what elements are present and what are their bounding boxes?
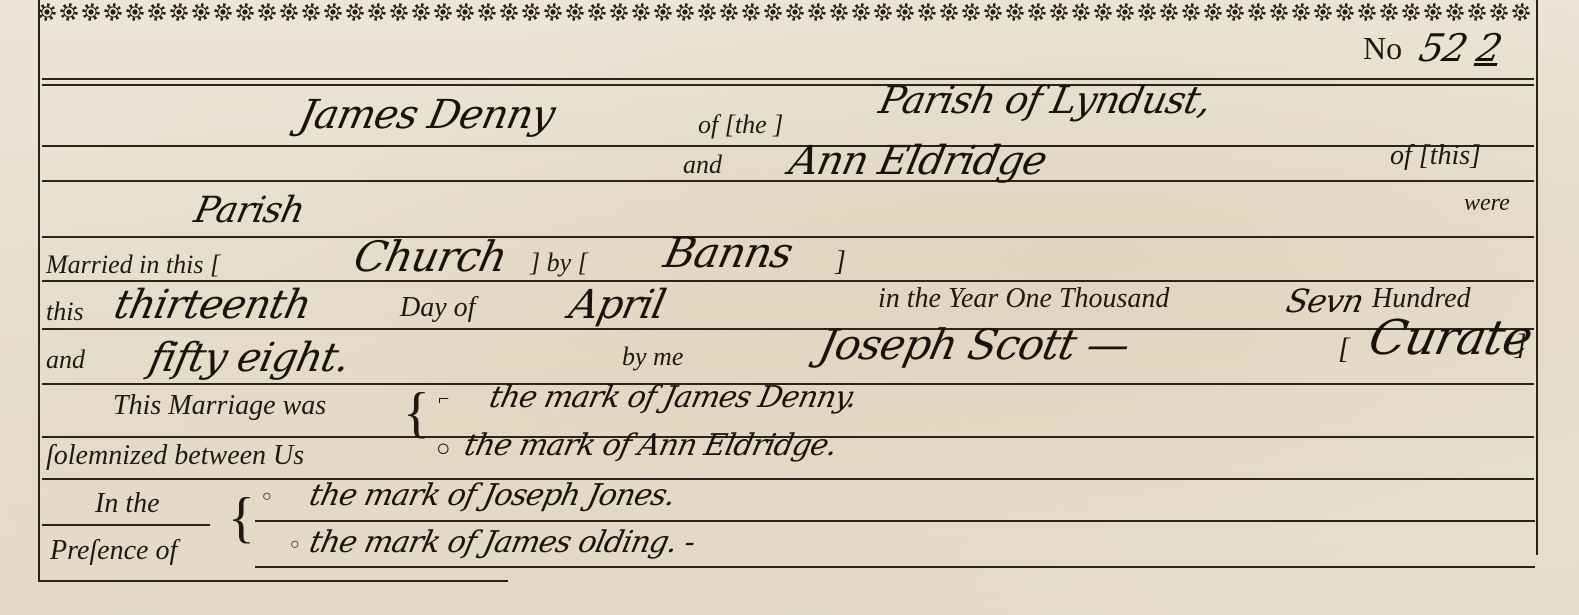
by-me-label: by me — [622, 342, 683, 372]
groom-name: James Denny — [295, 92, 558, 138]
frame-bottom-border — [38, 580, 508, 582]
rosette-ornament-icon — [346, 3, 364, 21]
party2-mark-icon: ○ — [436, 436, 451, 463]
brace-icon: { — [403, 385, 430, 441]
ornamental-border — [36, 0, 1536, 26]
bride-of-label: of [this] — [1390, 140, 1481, 172]
rosette-ornament-icon — [720, 3, 738, 21]
party1-signature: the mark of James Denny. — [486, 380, 859, 415]
year-remainder: fifty eight. — [145, 335, 353, 381]
ruled-line — [42, 478, 1534, 480]
number-label: No — [1363, 30, 1402, 66]
rosette-ornament-icon — [412, 3, 430, 21]
ceremony-place: Church — [350, 232, 511, 281]
ruled-line — [255, 520, 1535, 522]
ruled-line — [255, 566, 1535, 568]
frame-right-border — [1536, 0, 1538, 555]
ceremony-month: April — [565, 282, 669, 328]
rosette-ornament-icon — [1072, 3, 1090, 21]
day-of-label: Day of — [400, 292, 475, 324]
rosette-ornament-icon — [522, 3, 540, 21]
ruled-line — [42, 78, 1534, 80]
and-label: and — [46, 345, 85, 375]
rosette-ornament-icon — [632, 3, 650, 21]
rosette-ornament-icon — [1446, 3, 1464, 21]
rosette-ornament-icon — [324, 3, 342, 21]
bride-name: Ann Eldridge — [785, 138, 1050, 184]
party2-signature: the mark of Ann Eldridge. — [461, 428, 839, 463]
rosette-ornament-icon — [918, 3, 936, 21]
bride-bracket-fill: this — [1430, 140, 1470, 171]
rosette-ornament-icon — [764, 3, 782, 21]
bride-and-label: and — [683, 150, 722, 180]
solemnized-label-2: ſolemnized between Us — [46, 440, 304, 472]
rosette-ornament-icon — [1160, 3, 1178, 21]
married-label: Married in this [ — [46, 250, 220, 280]
frame-left-border — [38, 0, 40, 582]
rosette-ornament-icon — [786, 3, 804, 21]
rosette-ornament-icon — [1204, 3, 1222, 21]
rosette-ornament-icon — [1094, 3, 1112, 21]
groom-residence: Parish of Lyndust, — [875, 78, 1214, 122]
rosette-ornament-icon — [610, 3, 628, 21]
rosette-ornament-icon — [1336, 3, 1354, 21]
rosette-ornament-icon — [742, 3, 760, 21]
rosette-ornament-icon — [1358, 3, 1376, 21]
rosette-ornament-icon — [1402, 3, 1420, 21]
groom-of-label: of [the ] — [698, 110, 783, 140]
rosette-ornament-icon — [896, 3, 914, 21]
ceremony-method: Banns — [660, 228, 797, 277]
solemnized-label-1: This Marriage was — [113, 390, 326, 422]
rosette-ornament-icon — [280, 3, 298, 21]
rosette-ornament-icon — [192, 3, 210, 21]
of-label: of [ — [1390, 140, 1430, 171]
rosette-ornament-icon — [1292, 3, 1310, 21]
rosette-ornament-icon — [984, 3, 1002, 21]
rosette-ornament-icon — [654, 3, 672, 21]
rosette-ornament-icon — [214, 3, 232, 21]
rosette-ornament-icon — [1028, 3, 1046, 21]
brace-icon: { — [228, 490, 255, 546]
rosette-ornament-icon — [808, 3, 826, 21]
by-label: ] by [ — [530, 248, 588, 278]
rosette-ornament-icon — [368, 3, 386, 21]
party1-mark-icon: ⌐ — [438, 388, 449, 411]
rosette-ornament-icon — [1512, 3, 1530, 21]
rosette-ornament-icon — [38, 3, 56, 21]
rosette-ornament-icon — [390, 3, 408, 21]
witness1-mark-icon: ○ — [262, 488, 272, 506]
rosette-ornament-icon — [962, 3, 980, 21]
witnesses-label-2: Preſence of — [50, 535, 177, 567]
rosette-ornament-icon — [940, 3, 958, 21]
rosette-ornament-icon — [478, 3, 496, 21]
bride-residence: Parish — [191, 190, 308, 231]
rosette-ornament-icon — [456, 3, 474, 21]
rosette-ornament-icon — [1380, 3, 1398, 21]
ruled-line — [42, 328, 1534, 330]
rosette-ornament-icon — [676, 3, 694, 21]
rosette-ornament-icon — [1116, 3, 1134, 21]
rosette-ornament-icon — [852, 3, 870, 21]
witness2-signature: the mark of James olding. - — [306, 525, 697, 560]
entry-number-value: 52 — [1415, 26, 1471, 70]
rosette-ornament-icon — [148, 3, 166, 21]
rosette-ornament-icon — [500, 3, 518, 21]
rosette-ornament-icon — [1490, 3, 1508, 21]
rosette-ornament-icon — [104, 3, 122, 21]
rosette-ornament-icon — [1138, 3, 1156, 21]
rosette-ornament-icon — [1468, 3, 1486, 21]
rosette-ornament-icon — [1424, 3, 1442, 21]
rosette-ornament-icon — [258, 3, 276, 21]
rosette-ornament-icon — [1226, 3, 1244, 21]
rosette-ornament-icon — [566, 3, 584, 21]
entry-number-label: No — [1363, 30, 1402, 67]
ruled-line — [42, 145, 1534, 147]
rosette-ornament-icon — [1270, 3, 1288, 21]
rosette-ornament-icon — [302, 3, 320, 21]
officiant-title-open: [ — [1338, 332, 1350, 366]
rosette-ornament-icon — [874, 3, 892, 21]
entry-number-suffix: 2 — [1473, 26, 1506, 70]
officiant-title: Curate — [1364, 310, 1537, 366]
year-label: in the Year One Thousand — [878, 283, 1169, 315]
rosette-ornament-icon — [588, 3, 606, 21]
officiant-name: Joseph Scott — — [815, 320, 1134, 369]
rosette-ornament-icon — [830, 3, 848, 21]
ceremony-day: thirteenth — [110, 282, 315, 328]
rosette-ornament-icon — [1050, 3, 1068, 21]
rosette-ornament-icon — [1182, 3, 1200, 21]
rosette-ornament-icon — [126, 3, 144, 21]
witnesses-label-1: In the — [95, 488, 160, 520]
year-hundreds: Sevn — [1283, 282, 1367, 320]
rosette-ornament-icon — [1006, 3, 1024, 21]
rosette-ornament-icon — [544, 3, 562, 21]
ruled-line — [42, 84, 1534, 86]
this-label: this — [46, 297, 84, 327]
were-label: were — [1464, 190, 1510, 217]
officiant-title-close: ] — [1515, 328, 1527, 362]
rosette-ornament-icon — [82, 3, 100, 21]
close-bracket: ] — [1470, 140, 1481, 171]
ruled-line — [42, 524, 210, 526]
rosette-ornament-icon — [1314, 3, 1332, 21]
rosette-ornament-icon — [434, 3, 452, 21]
rosette-ornament-icon — [60, 3, 78, 21]
rosette-ornament-icon — [170, 3, 188, 21]
groom-bracket-fill: the — [735, 110, 767, 139]
witness1-signature: the mark of Joseph Jones. — [306, 478, 678, 513]
method-close-bracket: ] — [835, 246, 846, 278]
rosette-ornament-icon — [236, 3, 254, 21]
rosette-ornament-icon — [1248, 3, 1266, 21]
witness2-mark-icon: ○ — [290, 536, 300, 554]
rosette-ornament-icon — [698, 3, 716, 21]
entry-number: 52 2 — [1415, 26, 1505, 70]
